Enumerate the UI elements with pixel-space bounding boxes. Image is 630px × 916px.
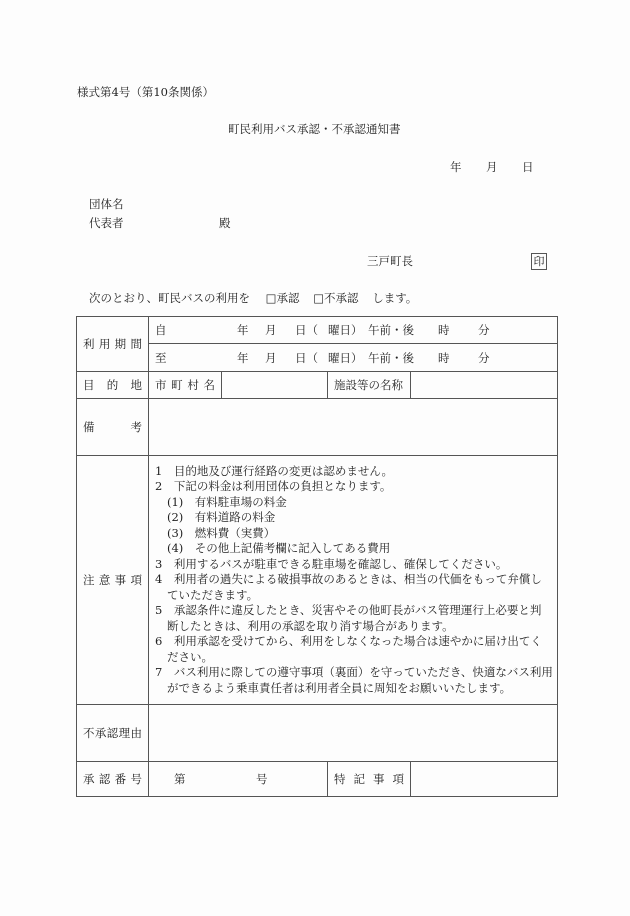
organization-label: 団体名 <box>89 199 124 211</box>
note-continuation: 断したときは、利用の承認を取り消す場合があります。 <box>155 619 553 635</box>
approval-number-label: 承認番号 <box>77 762 149 797</box>
note-subitem: (4) その他上記備考欄に記入してある費用 <box>155 541 553 557</box>
facility-label: 施設等の名称 <box>328 372 411 399</box>
date-month: 月 <box>486 162 498 174</box>
representative-label: 代表者 <box>89 218 124 230</box>
intro-lead: 次のとおり、町民バスの利用を <box>89 291 250 305</box>
special-notes-field[interactable] <box>411 762 558 797</box>
note-continuation: ださい。 <box>155 650 553 666</box>
special-notes-label: 特記事項 <box>328 762 411 797</box>
municipality-label: 市町村名 <box>149 372 222 399</box>
note-continuation: ができるよう乗車責任者は利用者全員に周知をお願いいたします。 <box>155 681 553 697</box>
note-item: 6 利用承認を受けてから、利用をしなくなった場合は速やかに届け出てく <box>155 634 553 650</box>
note-subitem: (1) 有料駐車場の料金 <box>155 495 553 511</box>
note-subitem: (2) 有料道路の料金 <box>155 510 553 526</box>
period-to-row[interactable]: 至年月日（曜日）午前・後時分 <box>149 344 558 372</box>
approve-checkbox[interactable]: □承認 <box>266 291 300 305</box>
notice-form-table: 利用期間 自年月日（曜日）午前・後時分 至年月日（曜日）午前・後時分 目的地 市… <box>76 316 558 797</box>
period-from-row[interactable]: 自年月日（曜日）午前・後時分 <box>149 317 558 344</box>
notes-list: 1 目的地及び運行経路の変更は認めません。 2 下記の料金は利用団体の負担となり… <box>149 456 558 705</box>
intro-suffix: します。 <box>372 291 417 305</box>
document-title: 町民利用バス承認・不承認通知書 <box>228 124 401 136</box>
honorific: 殿 <box>219 218 231 230</box>
destination-label: 目的地 <box>77 372 149 399</box>
note-item: 5 承認条件に違反したとき、災害やその他町長がバス管理運行上必要と判 <box>155 603 553 619</box>
remarks-label: 備考 <box>77 399 149 456</box>
notes-label: 注意事項 <box>77 456 149 705</box>
approval-number-suffix: 号 <box>256 772 268 786</box>
facility-field[interactable] <box>411 372 558 399</box>
form-number: 様式第4号（第10条関係） <box>77 87 214 99</box>
note-continuation: ていただきます。 <box>155 588 553 604</box>
note-item: 7 バス利用に際しての遵守事項（裏面）を守っていただき、快適なバス利用 <box>155 665 553 681</box>
approval-number-field[interactable]: 第号 <box>149 762 328 797</box>
date-day: 日 <box>522 162 534 174</box>
remarks-field[interactable] <box>149 399 558 456</box>
note-item: 2 下記の料金は利用団体の負担となります。 <box>155 479 553 495</box>
note-item: 3 利用するバスが駐車できる駐車場を確認し、確保してください。 <box>155 557 553 573</box>
date-year: 年 <box>450 162 462 174</box>
seal-mark: 印 <box>531 253 547 270</box>
period-label: 利用期間 <box>77 317 149 372</box>
issuer-name: 三戸町長 <box>367 256 413 268</box>
note-item: 1 目的地及び運行経路の変更は認めません。 <box>155 464 553 480</box>
intro-text: 次のとおり、町民バスの利用を □承認 □不承認 します。 <box>89 293 417 305</box>
rejection-reason-label: 不承認理由 <box>77 705 149 762</box>
reject-checkbox[interactable]: □不承認 <box>313 291 358 305</box>
note-subitem: (3) 燃料費（実費） <box>155 526 553 542</box>
note-item: 4 利用者の過失による破損事故のあるときは、相当の代価をもって弁償し <box>155 572 553 588</box>
rejection-reason-field[interactable] <box>149 705 558 762</box>
approval-number-prefix: 第 <box>174 771 256 787</box>
municipality-field[interactable] <box>222 372 328 399</box>
